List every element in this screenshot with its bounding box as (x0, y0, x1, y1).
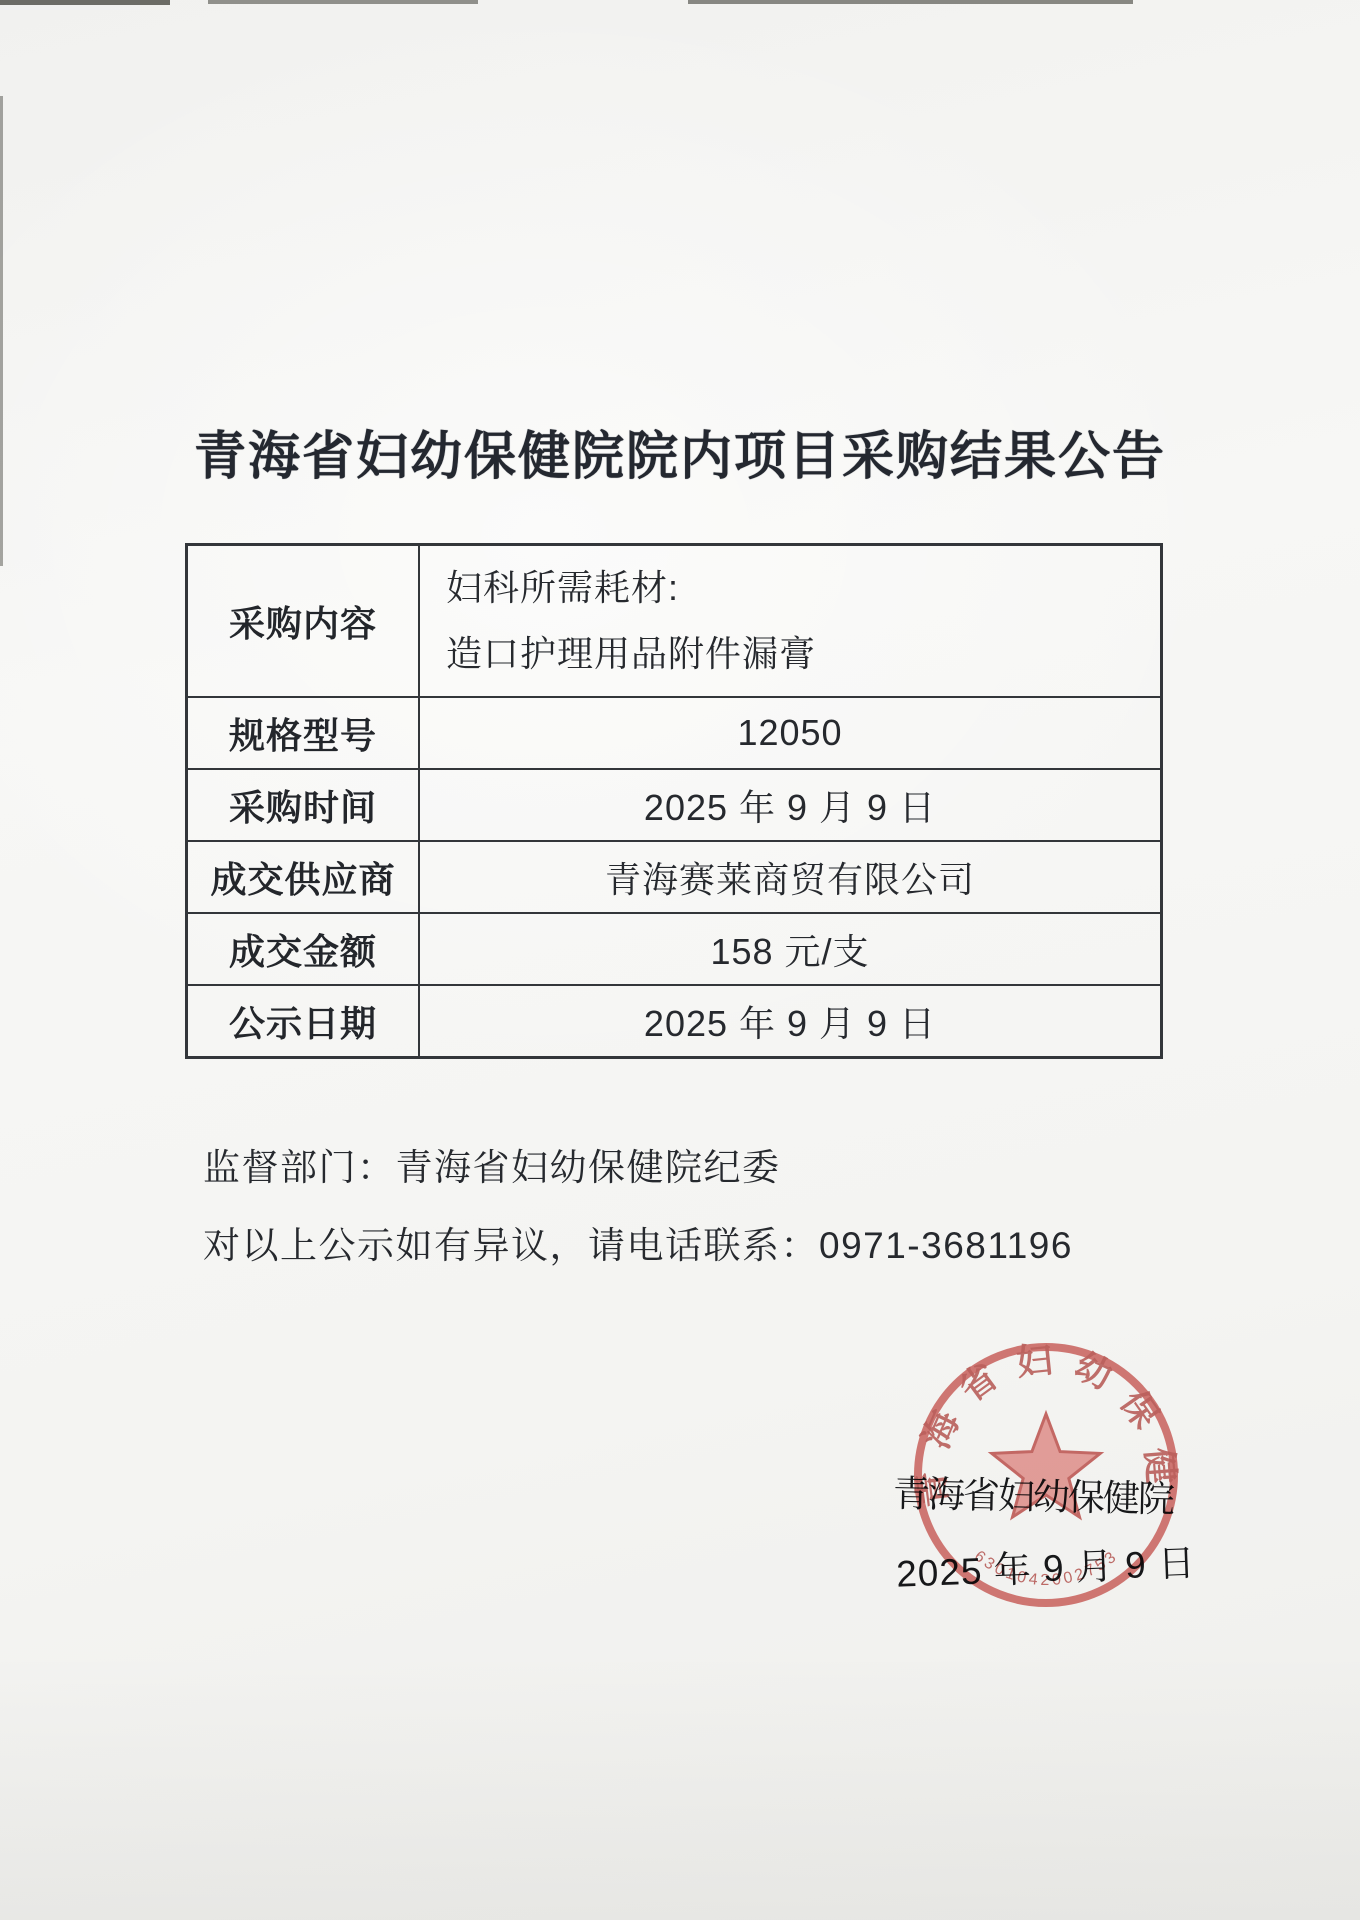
table-row: 规格型号 12050 (188, 696, 1160, 768)
table-row: 成交供应商 青海赛莱商贸有限公司 (188, 840, 1160, 912)
official-seal: 青海省妇幼保健院 6301042002753 (906, 1335, 1186, 1615)
seal-serial-number: 6301042002753 (971, 1548, 1121, 1589)
scan-artifact-top-left (0, 0, 170, 5)
row-label-procurement-content: 采购内容 (188, 546, 420, 696)
star-icon (992, 1414, 1100, 1517)
row-label-winning-supplier: 成交供应商 (188, 842, 420, 912)
procurement-result-table: 采购内容 妇科所需耗材: 造口护理用品附件漏膏 规格型号 12050 采购时间 … (185, 543, 1163, 1059)
table-row: 公示日期 2025 年 9 月 9 日 (188, 984, 1160, 1056)
row-label-spec-model: 规格型号 (188, 698, 420, 768)
row-value-procurement-date: 2025 年 9 月 9 日 (420, 770, 1160, 840)
row-label-publicity-date: 公示日期 (188, 986, 420, 1056)
row-label-deal-amount: 成交金额 (188, 914, 420, 984)
table-row: 采购内容 妇科所需耗材: 造口护理用品附件漏膏 (188, 546, 1160, 696)
procurement-content-line-2: 造口护理用品附件漏膏 (446, 636, 816, 672)
scan-artifact-top-mid (208, 0, 478, 4)
row-value-deal-amount: 158 元/支 (420, 914, 1160, 984)
scan-artifact-top-right (688, 0, 1133, 4)
row-value-winning-supplier: 青海赛莱商贸有限公司 (420, 842, 1160, 912)
table-row: 成交金额 158 元/支 (188, 912, 1160, 984)
page-title: 青海省妇幼保健院院内项目采购结果公告 (0, 414, 1360, 489)
row-value-spec-model: 12050 (420, 698, 1160, 768)
scan-artifact-left (0, 96, 3, 566)
scanned-document-page: 青海省妇幼保健院院内项目采购结果公告 采购内容 妇科所需耗材: 造口护理用品附件… (0, 0, 1360, 1920)
row-value-publicity-date: 2025 年 9 月 9 日 (420, 986, 1160, 1056)
row-value-procurement-content: 妇科所需耗材: 造口护理用品附件漏膏 (420, 546, 1160, 696)
seal-serial-container: 6301042002753 (971, 1548, 1121, 1589)
table-row: 采购时间 2025 年 9 月 9 日 (188, 768, 1160, 840)
procurement-content-line-1: 妇科所需耗材: (446, 570, 679, 606)
contact-note: 对以上公示如有异议，请电话联系：0971-3681196 (203, 1215, 1073, 1269)
row-label-procurement-date: 采购时间 (188, 770, 420, 840)
supervisor-note: 监督部门：青海省妇幼保健院纪委 (203, 1137, 781, 1191)
